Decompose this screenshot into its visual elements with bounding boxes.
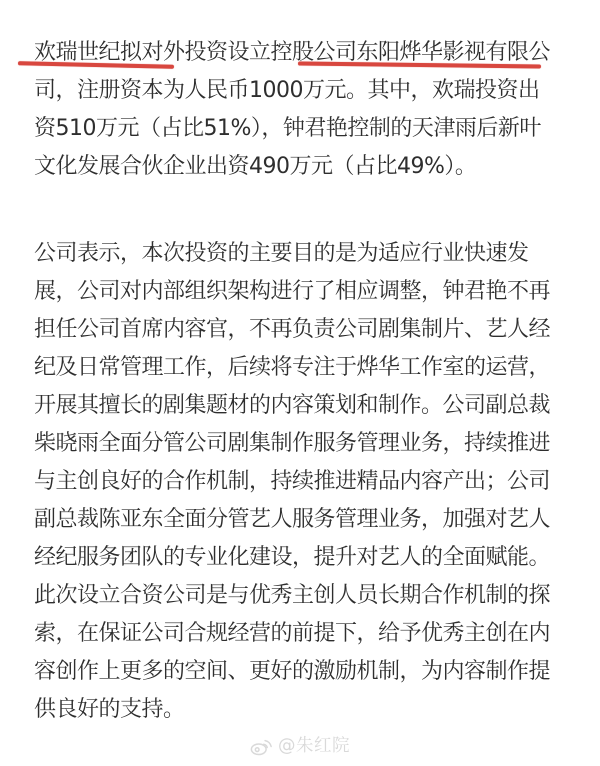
text-line: 司，注册资本为人民币1000万元。其中，欢瑞投资出 xyxy=(34,72,574,110)
watermark: @朱红院 xyxy=(0,735,600,757)
text-line: 柴晓雨全面分管公司剧集制作服务管理业务，持续推进 xyxy=(34,425,574,463)
text-line: 容创作上更多的空间、更好的激励机制，为内容制作提 xyxy=(34,653,574,691)
text-line: 资510万元（占比51%），钟君艳控制的天津雨后新叶 xyxy=(34,110,574,148)
paragraph-company-statement: 公司表示，本次投资的主要目的是为适应行业快速发 展，公司对内部组织架构进行了相应… xyxy=(34,235,574,729)
text-line: 与主创良好的合作机制，持续推进精品内容产出；公司 xyxy=(34,463,574,501)
text-line: 展，公司对内部组织架构进行了相应调整，钟君艳不再 xyxy=(34,273,574,311)
weibo-icon xyxy=(250,737,273,756)
text-line: 经纪服务团队的专业化建设，提升对艺人的全面赋能。 xyxy=(34,539,574,577)
paragraph-investment-summary: 欢瑞世纪拟对外投资设立控股公司东阳烨华影视有限公 司，注册资本为人民币1000万… xyxy=(34,34,574,186)
text-line: 纪及日常管理工作，后续将专注于烨华工作室的运营， xyxy=(34,349,574,387)
article: 欢瑞世纪拟对外投资设立控股公司东阳烨华影视有限公 司，注册资本为人民币1000万… xyxy=(34,34,574,729)
text-line: 文化发展合伙企业出资490万元（占比49%）。 xyxy=(34,148,574,186)
text-line: 索，在保证公司合规经营的前提下，给予优秀主创在内 xyxy=(34,615,574,653)
text-line: 担任公司首席内容官，不再负责公司剧集制片、艺人经 xyxy=(34,311,574,349)
text-line: 此次设立合资公司是与优秀主创人员长期合作机制的探 xyxy=(34,577,574,615)
text-line: 副总裁陈亚东全面分管艺人服务管理业务，加强对艺人 xyxy=(34,501,574,539)
text-line: 供良好的支持。 xyxy=(34,691,574,729)
text-line: 公司表示，本次投资的主要目的是为适应行业快速发 xyxy=(34,235,574,273)
watermark-handle: @朱红院 xyxy=(278,735,350,757)
text-screenshot-page: 欢瑞世纪拟对外投资设立控股公司东阳烨华影视有限公 司，注册资本为人民币1000万… xyxy=(0,0,600,766)
text-line: 开展其擅长的剧集题材的内容策划和制作。公司副总裁 xyxy=(34,387,574,425)
